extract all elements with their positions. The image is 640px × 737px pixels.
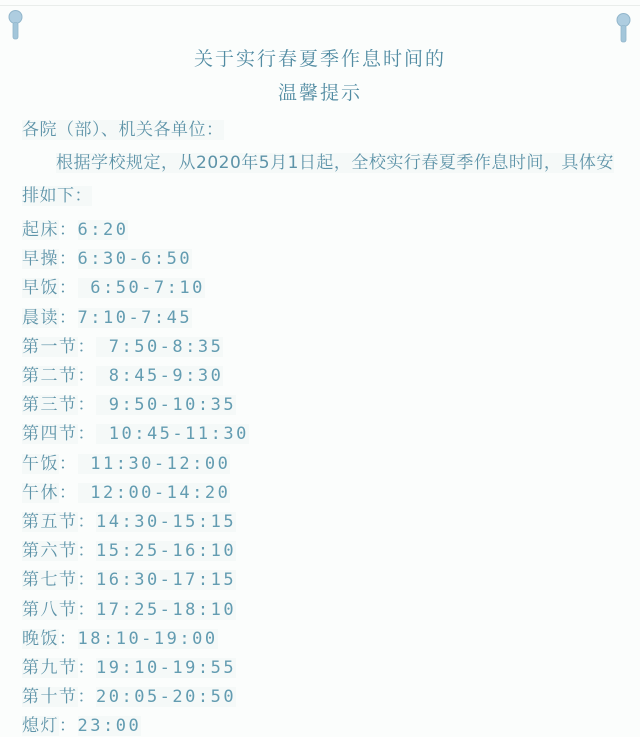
schedule-list: 起床：6:20早操：6:30-6:50早饭： 6:50-7:10晨读：7:10-… xyxy=(22,216,618,737)
schedule-item-separator: ： xyxy=(59,629,78,649)
schedule-row: 第四节： 10:45-11:30 xyxy=(22,420,618,449)
schedule-item-time: 9:50-10:35 xyxy=(96,395,236,415)
schedule-item-separator: ： xyxy=(78,600,97,620)
schedule-item-label: 第九节 xyxy=(22,658,78,678)
schedule-item-label: 第七节 xyxy=(22,570,78,590)
schedule-row: 第十节：20:05-20:50 xyxy=(22,683,618,712)
schedule-row: 熄灯：23:00 xyxy=(22,712,618,737)
schedule-item-time: 14:30-15:15 xyxy=(96,512,236,532)
schedule-item-time: 6:50-7:10 xyxy=(78,278,205,298)
schedule-item-time: 15:25-16:10 xyxy=(96,541,236,561)
schedule-item-time: 7:10-7:45 xyxy=(78,308,193,328)
schedule-row: 第三节： 9:50-10:35 xyxy=(22,391,618,420)
schedule-row: 第二节： 8:45-9:30 xyxy=(22,362,618,391)
schedule-item-separator: ： xyxy=(78,570,97,590)
schedule-item-time: 17:25-18:10 xyxy=(96,600,236,620)
top-divider xyxy=(0,5,640,6)
schedule-item-time: 19:10-19:55 xyxy=(96,658,236,678)
schedule-item-label: 第五节 xyxy=(22,512,78,532)
schedule-item-label: 第六节 xyxy=(22,541,78,561)
schedule-item-separator: ： xyxy=(78,424,97,444)
schedule-item-label: 第四节 xyxy=(22,424,78,444)
schedule-item-separator: ： xyxy=(78,512,97,532)
schedule-item-separator: ： xyxy=(78,337,97,357)
schedule-row: 第一节： 7:50-8:35 xyxy=(22,333,618,362)
schedule-item-label: 早操 xyxy=(22,249,59,269)
title-line-1: 关于实行春夏季作息时间的 xyxy=(0,42,640,76)
schedule-item-label: 早饭 xyxy=(22,278,59,298)
schedule-item-label: 第一节 xyxy=(22,337,78,357)
schedule-row: 晚饭：18:10-19:00 xyxy=(22,625,618,654)
schedule-item-separator: ： xyxy=(78,366,97,386)
schedule-item-label: 晨读 xyxy=(22,308,59,328)
schedule-item-label: 午休 xyxy=(22,483,59,503)
schedule-row: 第九节：19:10-19:55 xyxy=(22,654,618,683)
schedule-row: 第八节：17:25-18:10 xyxy=(22,596,618,625)
schedule-item-separator: ： xyxy=(59,278,78,298)
schedule-item-time: 23:00 xyxy=(78,716,142,736)
schedule-item-label: 午饭 xyxy=(22,454,59,474)
schedule-item-time: 6:30-6:50 xyxy=(78,249,193,269)
schedule-row: 午休： 12:00-14:20 xyxy=(22,479,618,508)
pushpin-icon xyxy=(8,9,23,42)
schedule-item-separator: ： xyxy=(59,716,78,736)
schedule-item-time: 18:10-19:00 xyxy=(78,629,218,649)
schedule-item-label: 第八节 xyxy=(22,600,78,620)
schedule-item-label: 晚饭 xyxy=(22,629,59,649)
schedule-item-label: 起床 xyxy=(22,220,59,240)
title-line-2: 温馨提示 xyxy=(0,76,640,110)
schedule-item-separator: ： xyxy=(78,658,97,678)
salutation-text: 各院（部）、机关各单位： xyxy=(22,114,618,147)
schedule-item-separator: ： xyxy=(59,220,78,240)
notice-title: 关于实行春夏季作息时间的 温馨提示 xyxy=(0,42,640,110)
schedule-row: 早操：6:30-6:50 xyxy=(22,245,618,274)
schedule-item-separator: ： xyxy=(59,249,78,269)
schedule-row: 午饭： 11:30-12:00 xyxy=(22,450,618,479)
schedule-item-separator: ： xyxy=(59,308,78,328)
schedule-row: 晨读：7:10-7:45 xyxy=(22,304,618,333)
schedule-item-separator: ： xyxy=(59,454,78,474)
schedule-row: 早饭： 6:50-7:10 xyxy=(22,274,618,303)
schedule-item-separator: ： xyxy=(78,395,97,415)
schedule-row: 第六节：15:25-16:10 xyxy=(22,537,618,566)
intro-text: 根据学校规定，从2020年5月1日起，全校实行春夏季作息时间，具体安排如下： xyxy=(22,147,618,213)
schedule-row: 第五节：14:30-15:15 xyxy=(22,508,618,537)
pushpin-icon xyxy=(616,12,631,45)
schedule-item-time: 20:05-20:50 xyxy=(96,687,236,707)
schedule-item-label: 第三节 xyxy=(22,395,78,415)
schedule-item-time: 6:20 xyxy=(78,220,129,240)
schedule-row: 起床：6:20 xyxy=(22,216,618,245)
schedule-item-time: 7:50-8:35 xyxy=(96,337,223,357)
schedule-item-separator: ： xyxy=(59,483,78,503)
schedule-item-time: 12:00-14:20 xyxy=(78,483,231,503)
schedule-item-separator: ： xyxy=(78,541,97,561)
schedule-item-time: 8:45-9:30 xyxy=(96,366,223,386)
schedule-item-time: 11:30-12:00 xyxy=(78,454,231,474)
schedule-item-label: 第二节 xyxy=(22,366,78,386)
schedule-item-separator: ： xyxy=(78,687,97,707)
schedule-item-label: 熄灯 xyxy=(22,716,59,736)
schedule-item-time: 16:30-17:15 xyxy=(96,570,236,590)
schedule-item-time: 10:45-11:30 xyxy=(96,424,249,444)
schedule-item-label: 第十节 xyxy=(22,687,78,707)
schedule-row: 第七节：16:30-17:15 xyxy=(22,566,618,595)
